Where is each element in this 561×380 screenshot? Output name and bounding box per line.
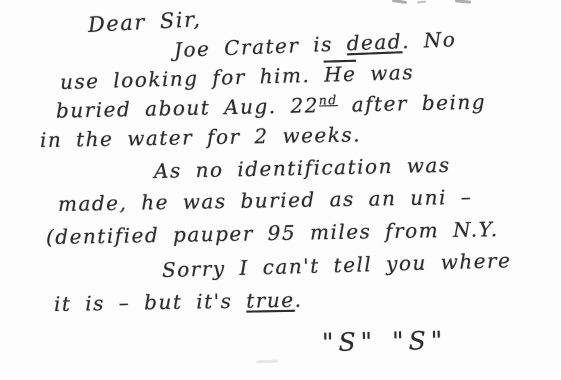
letter-page: Dear Sir, Joe Crater is dead. No use loo…: [0, 0, 561, 380]
letter-text: after being: [338, 90, 487, 117]
letter-line-9: it is – but it's true.: [54, 288, 303, 316]
letter-text: .: [294, 288, 302, 312]
letter-line-2: use looking for him. He was: [60, 60, 415, 94]
letter-line-3: buried about Aug. 22nd after being: [56, 89, 487, 123]
salutation: Dear Sir,: [87, 7, 202, 37]
letter-text: Joe Crater is: [174, 31, 348, 62]
letter-text: was: [356, 60, 414, 86]
scan-artifact-stroke: [417, 1, 426, 4]
letter-line-7: (dentified pauper 95 miles from N.Y.: [46, 217, 499, 249]
letter-text: . No: [402, 27, 457, 53]
letter-text: use looking for him.: [60, 63, 325, 94]
letter-line-6: made, he was buried as an uni –: [58, 185, 473, 216]
scan-artifact-stroke: [392, 0, 407, 4]
letter-line-1: Joe Crater is dead. No: [174, 27, 457, 62]
letter-text: it is – but it's: [54, 289, 247, 316]
overlined-word-he: He: [324, 62, 357, 87]
underlined-word-dead: dead: [346, 29, 402, 55]
signature: "S" "S": [322, 326, 448, 357]
letter-line-8: Sorry I can't tell you where: [162, 248, 512, 282]
letter-line-4: in the water for 2 weeks.: [40, 122, 361, 152]
underlined-word-true: true: [246, 288, 295, 313]
scan-artifact-stroke: [455, 0, 471, 4]
letter-line-5: As no identification was: [154, 153, 451, 183]
ordinal-superscript: nd: [319, 92, 338, 107]
letter-text: buried about Aug. 22: [56, 93, 319, 123]
scan-artifact-smudge: [256, 360, 278, 364]
